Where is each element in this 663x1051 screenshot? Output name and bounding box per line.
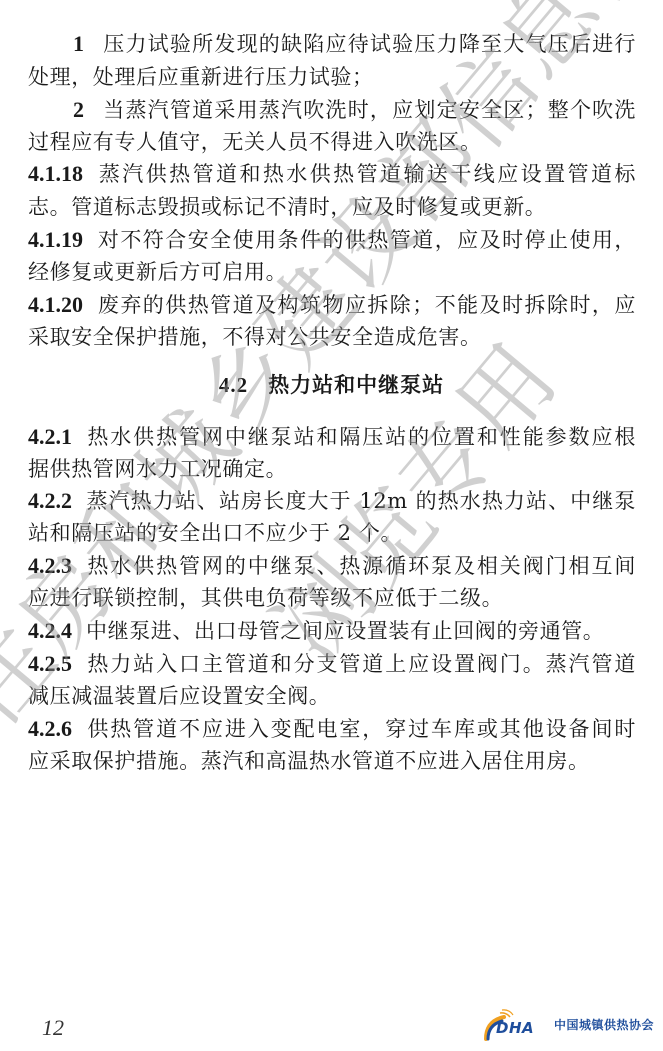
clause-4-1-19-line-2: 经修复或更新后方可启用。 xyxy=(28,256,636,288)
clause-4-2-6-line-2: 应采取保护措施。蒸汽和高温热水管道不应进入居住用房。 xyxy=(28,745,636,777)
clause-text: 供热管道不应进入变配电室，穿过车库或其他设备间时 xyxy=(86,717,636,741)
clause-text: 蒸汽热力站、站房长度大于 12m 的热水热力站、中继泵 xyxy=(86,489,636,513)
clause-number: 4.2.2 xyxy=(28,488,72,513)
clause-text: 热水供热管网的中继泵、热源循环泵及相关阀门相互间 xyxy=(86,554,636,578)
clause-4-2-3-line-2: 应进行联锁控制，其供电负荷等级不应低于二级。 xyxy=(28,582,636,614)
clause-4-2-5-line-1: 4.2.5热力站入口主管道和分支管道上应设置阀门。蒸汽管道 xyxy=(28,648,636,680)
clause-4-2-4-line-1: 4.2.4中继泵进、出口母管之间应设置装有止回阀的旁通管。 xyxy=(28,615,636,647)
logo-abbr: DHA xyxy=(496,1019,534,1037)
clause-text: 热力站入口主管道和分支管道上应设置阀门。蒸汽管道 xyxy=(86,652,636,676)
clause-4-1-19-line-1: 4.1.19对不符合安全使用条件的供热管道，应及时停止使用， xyxy=(28,224,636,256)
clause-4-2-6-line-1: 4.2.6供热管道不应进入变配电室，穿过车库或其他设备间时 xyxy=(28,713,636,745)
clause-item-2-line-2: 过程应有专人值守，无关人员不得进入吹洗区。 xyxy=(28,126,636,158)
clause-number: 1 xyxy=(73,31,85,56)
clause-number: 2 xyxy=(73,97,85,122)
clause-item-2-line-1: 2当蒸汽管道采用蒸汽吹洗时，应划定安全区；整个吹洗 xyxy=(28,94,636,126)
cdha-logo: DHA 中国城镇供热协会 xyxy=(482,1008,654,1040)
section-number: 4.2 xyxy=(219,373,248,397)
clause-number: 4.2.5 xyxy=(28,651,72,676)
clause-number: 4.1.19 xyxy=(28,227,83,252)
clause-4-2-2-line-2: 站和隔压站的安全出口不应少于 2 个。 xyxy=(28,517,636,549)
cdha-logo-mark: DHA xyxy=(482,1009,552,1039)
clause-4-2-1-line-2: 据供热管网水力工况确定。 xyxy=(28,453,636,485)
clause-text: 热水供热管网中继泵站和隔压站的位置和性能参数应根 xyxy=(86,425,636,449)
clause-4-2-3-line-1: 4.2.3热水供热管网的中继泵、热源循环泵及相关阀门相互间 xyxy=(28,550,636,582)
clause-4-2-2-line-1: 4.2.2蒸汽热力站、站房长度大于 12m 的热水热力站、中继泵 xyxy=(28,485,636,517)
clause-text: 对不符合安全使用条件的供热管道，应及时停止使用， xyxy=(97,228,636,252)
section-heading: 4.2热力站和中继泵站 xyxy=(0,369,663,401)
page-number: 12 xyxy=(42,1015,64,1041)
clause-number: 4.2.4 xyxy=(28,618,72,643)
clause-4-1-18-line-1: 4.1.18蒸汽供热管道和热水供热管道输送干线应设置管道标 xyxy=(28,158,636,190)
section-title: 热力站和中继泵站 xyxy=(268,372,444,397)
clause-text: 当蒸汽管道采用蒸汽吹洗时，应划定安全区；整个吹洗 xyxy=(103,98,636,122)
clause-text: 蒸汽供热管道和热水供热管道输送干线应设置管道标 xyxy=(97,162,636,186)
clause-number: 4.2.6 xyxy=(28,716,72,741)
document-page: 1压力试验所发现的缺陷应待试验压力降至大气压后进行 处理，处理后应重新进行压力试… xyxy=(0,0,663,1051)
clause-4-1-20-line-2: 采取安全保护措施，不得对公共安全造成危害。 xyxy=(28,321,636,353)
clause-4-2-5-line-2: 减压减温装置后应设置安全阀。 xyxy=(28,680,636,712)
logo-org-name: 中国城镇供热协会 xyxy=(554,1016,654,1033)
clause-4-2-1-line-1: 4.2.1热水供热管网中继泵站和隔压站的位置和性能参数应根 xyxy=(28,421,636,453)
clause-text: 压力试验所发现的缺陷应待试验压力降至大气压后进行 xyxy=(103,32,636,56)
clause-text: 中继泵进、出口母管之间应设置装有止回阀的旁通管。 xyxy=(86,619,604,643)
clause-text: 废弃的供热管道及构筑物应拆除；不能及时拆除时，应 xyxy=(97,293,636,317)
clause-number: 4.1.20 xyxy=(28,292,83,317)
clause-item-1-line-1: 1压力试验所发现的缺陷应待试验压力降至大气压后进行 xyxy=(28,28,636,60)
clause-number: 4.2.1 xyxy=(28,424,72,449)
clause-number: 4.2.3 xyxy=(28,553,72,578)
clause-4-1-18-line-2: 志。管道标志毁损或标记不清时，应及时修复或更新。 xyxy=(28,191,636,223)
clause-number: 4.1.18 xyxy=(28,161,83,186)
clause-item-1-line-2: 处理，处理后应重新进行压力试验； xyxy=(28,61,636,93)
clause-4-1-20-line-1: 4.1.20废弃的供热管道及构筑物应拆除；不能及时拆除时，应 xyxy=(28,289,636,321)
